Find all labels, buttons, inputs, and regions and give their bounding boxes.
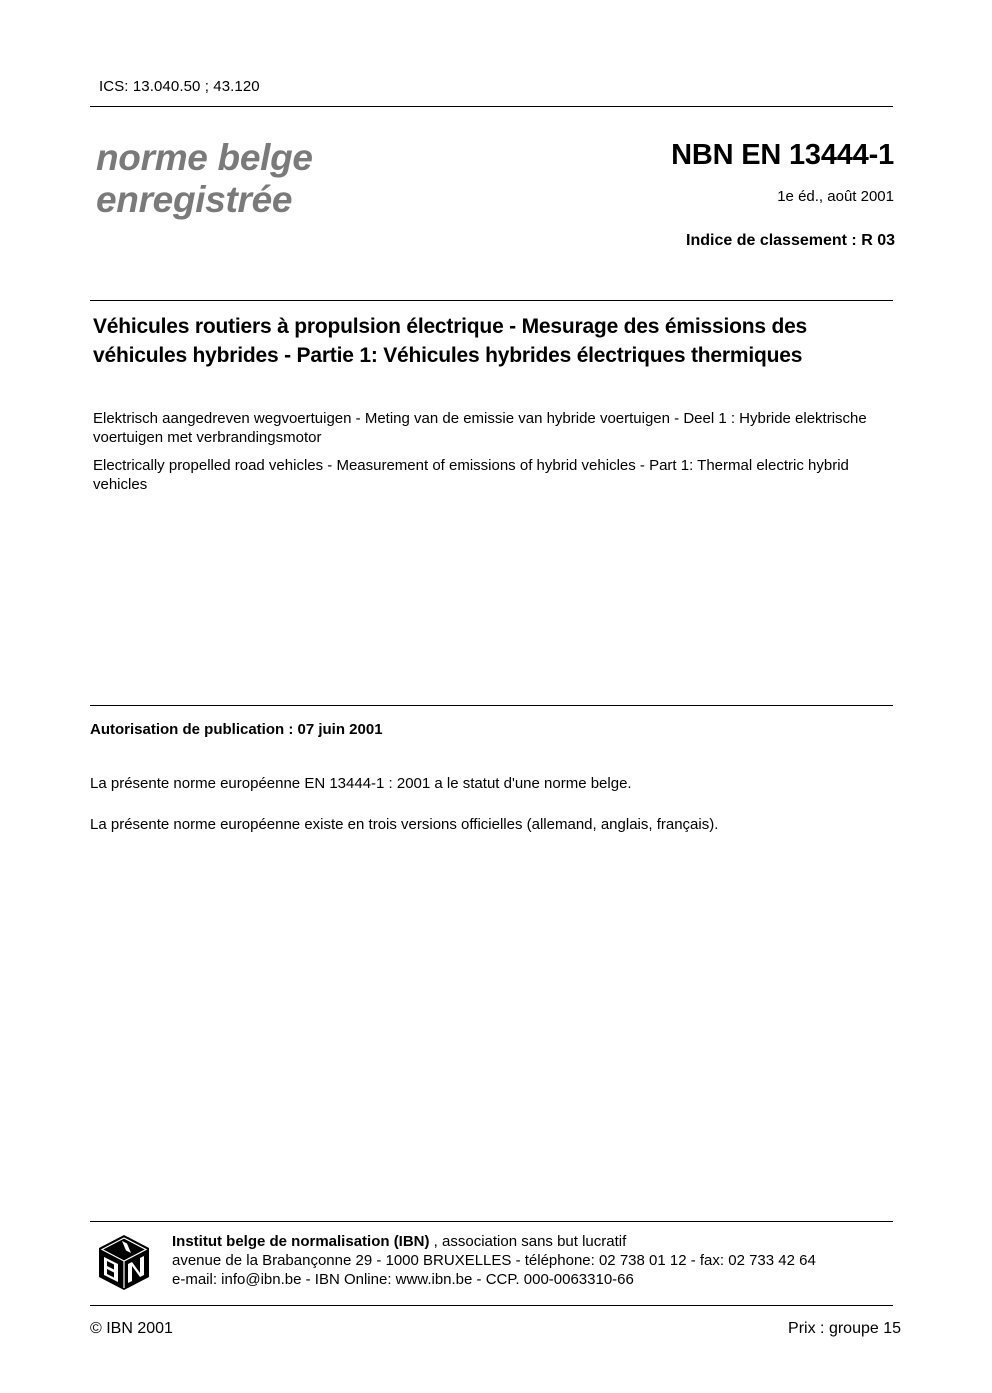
institute-name: Institut belge de normalisation (IBN)	[172, 1233, 430, 1250]
ics-code: ICS: 13.040.50 ; 43.120	[99, 78, 260, 95]
institute-info: Institut belge de normalisation (IBN) , …	[172, 1232, 902, 1289]
brand-line-2: enregistrée	[96, 179, 313, 221]
brand-line-1: norme belge	[96, 137, 313, 179]
title-french: Véhicules routiers à propulsion électriq…	[93, 312, 893, 370]
status-paragraph: La présente norme européenne EN 13444-1 …	[90, 775, 632, 792]
divider-body	[90, 705, 893, 706]
institute-contact: e-mail: info@ibn.be - IBN Online: www.ib…	[172, 1270, 902, 1289]
institute-line: Institut belge de normalisation (IBN) , …	[172, 1232, 902, 1251]
ibn-logo-icon	[97, 1233, 151, 1291]
publication-authorization: Autorisation de publication : 07 juin 20…	[90, 721, 383, 738]
divider-header	[90, 106, 893, 107]
copyright: © IBN 2001	[90, 1320, 173, 1338]
divider-footer-bottom	[90, 1305, 893, 1306]
institute-address: avenue de la Brabançonne 29 - 1000 BRUXE…	[172, 1251, 902, 1270]
divider-footer-top	[90, 1221, 893, 1222]
price-group: Prix : groupe 15	[788, 1320, 901, 1338]
title-english: Electrically propelled road vehicles - M…	[93, 456, 893, 494]
brand-label: norme belge enregistrée	[96, 137, 313, 221]
versions-paragraph: La présente norme européenne existe en t…	[90, 816, 718, 833]
classification-index: Indice de classement : R 03	[686, 232, 895, 250]
institute-suffix: , association sans but lucratif	[430, 1233, 627, 1250]
standard-number: NBN EN 13444-1	[671, 139, 894, 172]
divider-titles	[90, 300, 893, 301]
title-dutch: Elektrisch aangedreven wegvoertuigen - M…	[93, 409, 893, 447]
edition-info: 1e éd., août 2001	[777, 188, 894, 205]
